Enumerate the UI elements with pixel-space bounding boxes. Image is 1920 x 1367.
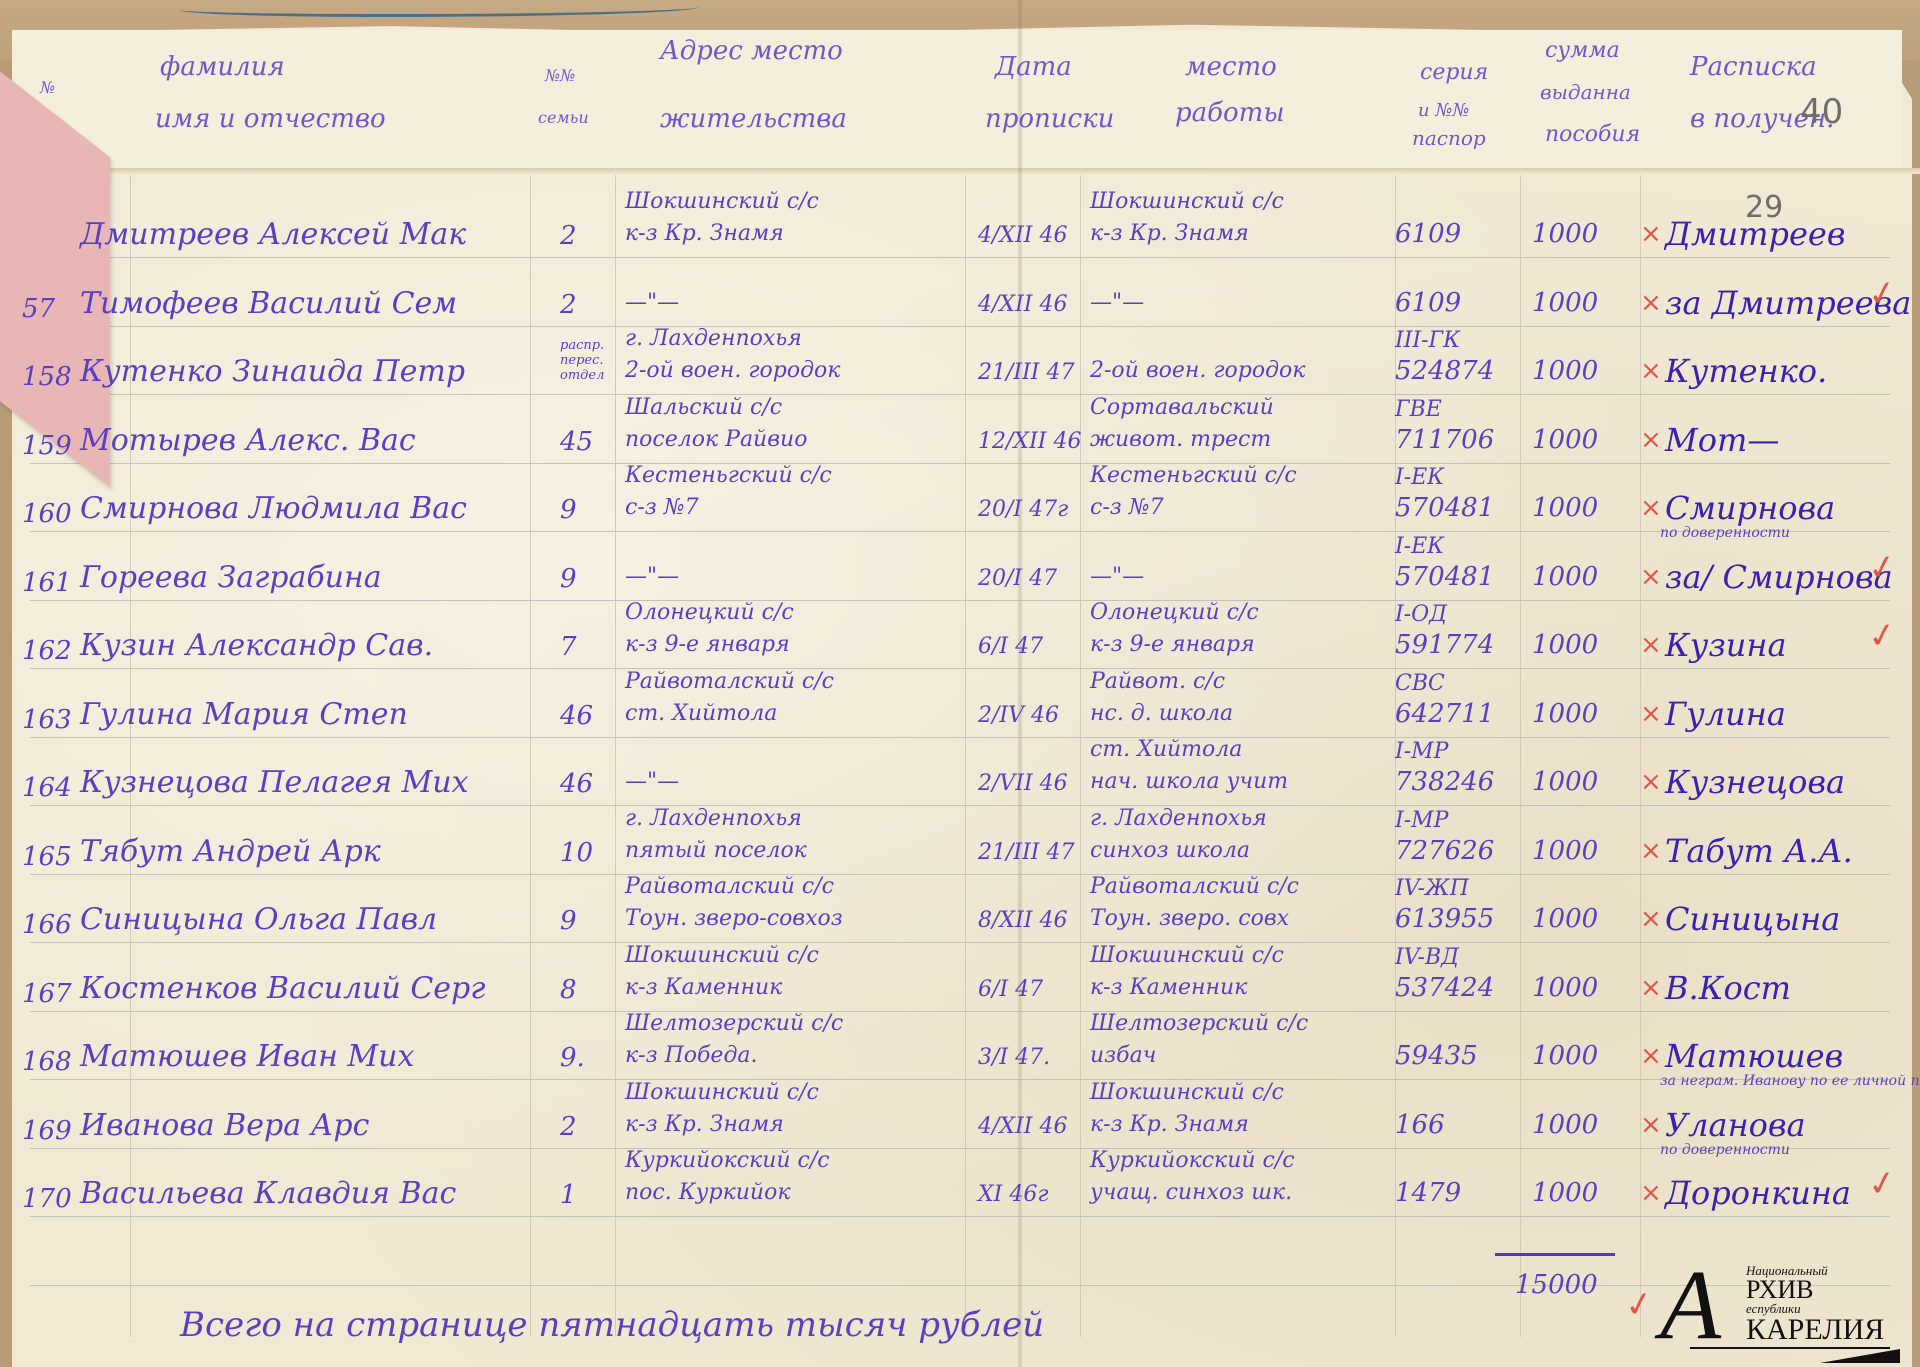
- ruled-line: [30, 463, 1890, 464]
- header-passport-l1: серия: [1420, 60, 1488, 85]
- workplace-line1: Шокшинский с/с: [1090, 1080, 1284, 1105]
- address-line2: к-з 9-е января: [625, 632, 790, 657]
- signature-note: за неграм. Иванову по ее личной просьбе: [1660, 1073, 1920, 1089]
- header-work-l1: место: [1185, 52, 1277, 82]
- red-x-mark: ×: [1640, 836, 1662, 866]
- red-x-mark: ×: [1640, 1178, 1662, 1208]
- header-sum-l1: сумма: [1545, 38, 1620, 63]
- family-members: 2: [560, 290, 577, 320]
- family-members: 8: [560, 975, 577, 1005]
- header-passport-l3: паспор: [1412, 126, 1486, 150]
- family-members: 9: [560, 906, 577, 936]
- passport-series: I-ОД: [1395, 602, 1447, 627]
- registration-date: 3/I 47.: [978, 1045, 1050, 1070]
- red-x-mark: ×: [1640, 562, 1662, 592]
- logo-line-karelia: КАРЕЛИЯ: [1746, 1313, 1884, 1347]
- person-name: Гореева Заграбина: [80, 560, 382, 595]
- receipt-signature: за/ Смирнова: [1665, 558, 1893, 596]
- ruled-line: [30, 874, 1890, 875]
- person-name: Матюшев Иван Мих: [80, 1039, 414, 1074]
- header-fold: [0, 168, 1920, 174]
- red-x-mark: ×: [1640, 699, 1662, 729]
- family-members: 9.: [560, 1043, 585, 1073]
- archive-logo: А Национальный РХИВ еспублики КАРЕЛИЯ: [1660, 1255, 1905, 1365]
- row-number: 168: [22, 1047, 72, 1077]
- passport-series: I-МР: [1395, 808, 1448, 833]
- row-number: 160: [22, 499, 72, 529]
- red-x-mark: ×: [1640, 356, 1662, 386]
- header-sum-l3: пособия: [1545, 122, 1640, 147]
- address-line2: поселок Райвио: [625, 427, 807, 452]
- passport-number: 166: [1395, 1110, 1445, 1140]
- header-number: №: [40, 78, 55, 97]
- ruled-line: [30, 668, 1890, 669]
- receipt-signature: Доронкина: [1665, 1174, 1851, 1212]
- row-number: 169: [22, 1116, 72, 1146]
- passport-number: 570481: [1395, 562, 1494, 592]
- workplace-line1: Шелтозерский с/с: [1090, 1011, 1308, 1036]
- address-line1: Кестеньгский с/с: [625, 463, 832, 488]
- workplace-line2: учащ. синхоз шк.: [1090, 1180, 1292, 1205]
- workplace-line2: нс. д. школа: [1090, 701, 1233, 726]
- workplace-line1: ст. Хийтола: [1090, 737, 1242, 762]
- sum-total: 15000: [1515, 1270, 1598, 1300]
- header-surname: фамилия: [160, 52, 285, 82]
- passport-number: 738246: [1395, 767, 1494, 797]
- allowance-sum: 1000: [1532, 425, 1598, 455]
- ruled-line: [30, 1079, 1890, 1080]
- address-line1: г. Лахденпохья: [625, 806, 802, 831]
- registration-date: 20/I 47г: [978, 497, 1068, 522]
- passport-series: IV-ЖП: [1395, 876, 1469, 901]
- person-name: Мотырев Алекс. Вас: [80, 423, 416, 458]
- receipt-signature: Кузина: [1665, 626, 1787, 664]
- workplace-line1: Кестеньгский с/с: [1090, 463, 1297, 488]
- address-line1: Олонецкий с/с: [625, 600, 794, 625]
- address-line2: к-з Кр. Знамя: [625, 221, 784, 246]
- family-members: 2: [560, 1112, 577, 1142]
- row-number: 163: [22, 705, 72, 735]
- row-number: 161: [22, 568, 72, 598]
- ruled-line: [30, 1216, 1890, 1217]
- person-name: Васильева Клавдия Вас: [80, 1176, 456, 1211]
- workplace-line2: нач. школа учит: [1090, 769, 1288, 794]
- passport-number: 6109: [1395, 288, 1461, 318]
- red-x-mark: ×: [1640, 973, 1662, 1003]
- passport-series: III-ГК: [1395, 328, 1460, 353]
- receipt-signature: В.Кост: [1665, 969, 1791, 1007]
- allowance-sum: 1000: [1532, 699, 1598, 729]
- red-x-mark: ×: [1640, 288, 1662, 318]
- passport-number: 591774: [1395, 630, 1494, 660]
- ruled-line: [30, 1285, 1890, 1286]
- person-name: Гулина Мария Степ: [80, 697, 408, 732]
- address-line1: Шокшинский с/с: [625, 943, 819, 968]
- row-number: 170: [22, 1184, 72, 1214]
- column-divider: [965, 175, 966, 1337]
- registration-date: 4/XII 46: [978, 1114, 1067, 1139]
- logo-rule: [1690, 1347, 1890, 1349]
- registration-date: 6/I 47: [978, 634, 1043, 659]
- passport-number: 1479: [1395, 1178, 1461, 1208]
- family-members: 9: [560, 564, 577, 594]
- allowance-sum: 1000: [1532, 973, 1598, 1003]
- registration-date: XI 46г: [978, 1182, 1048, 1207]
- allowance-sum: 1000: [1532, 1110, 1598, 1140]
- allowance-sum: 1000: [1532, 356, 1598, 386]
- address-line2: к-з Кр. Знамя: [625, 1112, 784, 1137]
- person-name: Костенков Василий Серг: [80, 971, 485, 1006]
- row-number: 167: [22, 979, 72, 1009]
- red-x-mark: ×: [1640, 767, 1662, 797]
- passport-number: 6109: [1395, 219, 1461, 249]
- registration-date: 21/III 47: [978, 360, 1074, 385]
- receipt-signature: Матюшев: [1665, 1037, 1843, 1075]
- passport-series: I-МР: [1395, 739, 1448, 764]
- person-name: Иванова Вера Арс: [80, 1108, 369, 1143]
- passport-number: 711706: [1395, 425, 1494, 455]
- passport-series: СВС: [1395, 671, 1445, 696]
- ruled-line: [30, 1011, 1890, 1012]
- header-passport-l2: и №№: [1418, 100, 1469, 121]
- header-family-l1: №№: [545, 66, 575, 85]
- allowance-sum: 1000: [1532, 288, 1598, 318]
- header-sum-l2: выданна: [1540, 80, 1631, 104]
- receipt-signature: Гулина: [1665, 695, 1786, 733]
- family-members: 1: [560, 1180, 577, 1210]
- workplace-line1: Олонецкий с/с: [1090, 600, 1259, 625]
- row-number: 166: [22, 910, 72, 940]
- ruled-line: [30, 737, 1890, 738]
- footer-total-text: Всего на странице пятнадцать тысяч рубле…: [180, 1305, 1044, 1345]
- row-number: 159: [22, 431, 72, 461]
- passport-series: ГВЕ: [1395, 397, 1442, 422]
- workplace-line2: 2-ой воен. городок: [1090, 358, 1305, 383]
- passport-number: 59435: [1395, 1041, 1478, 1071]
- red-x-mark: ×: [1640, 219, 1662, 249]
- allowance-sum: 1000: [1532, 562, 1598, 592]
- ruled-line: [30, 326, 1890, 327]
- allowance-sum: 1000: [1532, 904, 1598, 934]
- ruled-line: [30, 942, 1890, 943]
- logo-monogram: А: [1660, 1255, 1721, 1355]
- row-number: 162: [22, 636, 72, 666]
- person-name: Дмитреев Алексей Мак: [80, 217, 466, 252]
- address-line1: Шокшинский с/с: [625, 1080, 819, 1105]
- workplace-line2: —"—: [1090, 290, 1144, 315]
- address-line2: пятый поселок: [625, 838, 807, 863]
- workplace-line1: Райвоталский с/с: [1090, 874, 1299, 899]
- registration-date: 4/XII 46: [978, 223, 1067, 248]
- allowance-sum: 1000: [1532, 1041, 1598, 1071]
- row-number: 164: [22, 773, 72, 803]
- address-line2: —"—: [625, 769, 679, 794]
- workplace-line2: к-з Кр. Знамя: [1090, 1112, 1249, 1137]
- allowance-sum: 1000: [1532, 219, 1598, 249]
- registration-date: 21/III 47: [978, 840, 1074, 865]
- receipt-signature: Синицына: [1665, 900, 1840, 938]
- family-members: 46: [560, 701, 593, 731]
- allowance-sum: 1000: [1532, 767, 1598, 797]
- page-spine: [1017, 0, 1023, 1367]
- family-members: 2: [560, 221, 577, 251]
- passport-series: I-ЕК: [1395, 465, 1444, 490]
- address-line1: Шальский с/с: [625, 395, 782, 420]
- column-divider: [530, 175, 531, 1337]
- ruled-line: [30, 1148, 1890, 1149]
- header-date-l2: прописки: [985, 104, 1114, 134]
- column-divider: [130, 175, 131, 1337]
- passport-number: 524874: [1395, 356, 1494, 386]
- red-x-mark: ×: [1640, 1110, 1662, 1140]
- workplace-line2: к-з Каменник: [1090, 975, 1247, 1000]
- address-line1: Райвоталский с/с: [625, 669, 834, 694]
- allowance-sum: 1000: [1532, 630, 1598, 660]
- header-work-l2: работы: [1175, 98, 1285, 128]
- red-x-mark: ×: [1640, 904, 1662, 934]
- address-line2: Тоун. зверо-совхоз: [625, 906, 843, 931]
- registration-date: 12/XII 46: [978, 429, 1081, 454]
- workplace-line2: живот. трест: [1090, 427, 1271, 452]
- registration-date: 20/I 47: [978, 566, 1057, 591]
- ruled-line: [30, 531, 1890, 532]
- address-line2: с-з №7: [625, 495, 699, 520]
- workplace-line1: Сортавальский: [1090, 395, 1274, 420]
- header-receipt-l1: Расписка: [1690, 52, 1817, 82]
- workplace-line2: —"—: [1090, 564, 1144, 589]
- workplace-line1: Шокшинский с/с: [1090, 189, 1284, 214]
- workplace-line1: Куркийокский с/с: [1090, 1148, 1295, 1173]
- registration-date: 8/XII 46: [978, 908, 1067, 933]
- receipt-signature: Кузнецова: [1665, 763, 1845, 801]
- ruled-line: [30, 805, 1890, 806]
- address-line1: Шокшинский с/с: [625, 189, 819, 214]
- registration-date: 2/IV 46: [978, 703, 1059, 728]
- passport-number: 570481: [1395, 493, 1494, 523]
- archive-page-number: 40: [1800, 92, 1843, 132]
- person-name: Кутенко Зинаида Петр: [80, 354, 465, 389]
- family-members: 45: [560, 427, 593, 457]
- ruled-line: [30, 257, 1890, 258]
- workplace-line2: к-з Кр. Знамя: [1090, 221, 1249, 246]
- receipt-signature: Табут А.А.: [1665, 832, 1853, 870]
- receipt-signature: Мот—: [1665, 421, 1779, 459]
- person-name: Тябут Андрей Арк: [80, 834, 381, 869]
- total-underline: [1495, 1253, 1615, 1256]
- back-sheet-scribble: [180, 0, 700, 17]
- family-members: 9: [560, 495, 577, 525]
- signature-note: по доверенности: [1660, 525, 1790, 541]
- person-name: Тимофеев Василий Сем: [80, 286, 457, 321]
- header-date-l1: Дата: [995, 52, 1072, 82]
- row-number: 158: [22, 362, 72, 392]
- allowance-sum: 1000: [1532, 836, 1598, 866]
- family-members: 10: [560, 838, 593, 868]
- address-line1: Райвоталский с/с: [625, 874, 834, 899]
- header-family-l2: семьи: [538, 108, 589, 127]
- workplace-line1: г. Лахденпохья: [1090, 806, 1267, 831]
- address-line1: Шелтозерский с/с: [625, 1011, 843, 1036]
- workplace-line2: синхоз школа: [1090, 838, 1250, 863]
- workplace-line1: Шокшинский с/с: [1090, 943, 1284, 968]
- registration-date: 2/VII 46: [978, 771, 1068, 796]
- header-name-patronymic: имя и отчество: [155, 104, 386, 134]
- passport-series: IV-ВД: [1395, 945, 1459, 970]
- workplace-line2: с-з №7: [1090, 495, 1164, 520]
- row-number: 57: [22, 294, 55, 324]
- registration-date: 6/I 47: [978, 977, 1043, 1002]
- header-address-l1: Адрес место: [660, 36, 843, 66]
- header-address-l2: жительства: [660, 104, 847, 134]
- receipt-signature: Кутенко.: [1665, 352, 1827, 390]
- ruled-line: [30, 394, 1890, 395]
- address-line2: ст. Хийтола: [625, 701, 777, 726]
- address-line2: —"—: [625, 290, 679, 315]
- allowance-sum: 1000: [1532, 1178, 1598, 1208]
- address-line1: г. Лахденпохья: [625, 326, 802, 351]
- family-members: распр. перес. отдел: [560, 338, 620, 383]
- address-line2: пос. Куркийок: [625, 1180, 790, 1205]
- red-x-mark: ×: [1640, 493, 1662, 523]
- person-name: Синицына Ольга Павл: [80, 902, 437, 937]
- family-members: 7: [560, 632, 577, 662]
- passport-number: 727626: [1395, 836, 1494, 866]
- workplace-line1: Райвот. с/с: [1090, 669, 1225, 694]
- passport-series: I-ЕК: [1395, 534, 1444, 559]
- column-divider: [1640, 175, 1641, 1337]
- address-line2: к-з Победа.: [625, 1043, 758, 1068]
- address-line1: Куркийокский с/с: [625, 1148, 830, 1173]
- person-name: Кузин Александр Сав.: [80, 628, 433, 663]
- address-line2: —"—: [625, 564, 679, 589]
- family-members: 46: [560, 769, 593, 799]
- column-divider: [1080, 175, 1081, 1337]
- red-x-mark: ×: [1640, 1041, 1662, 1071]
- receipt-signature: Смирнова: [1665, 489, 1835, 527]
- receipt-signature: Уланова: [1665, 1106, 1806, 1144]
- red-x-mark: ×: [1640, 425, 1662, 455]
- signature-note: по доверенности: [1660, 1142, 1790, 1158]
- row-number: 165: [22, 842, 72, 872]
- person-name: Смирнова Людмила Вас: [80, 491, 467, 526]
- workplace-line2: избач: [1090, 1043, 1156, 1068]
- column-divider: [1520, 175, 1521, 1337]
- ruled-line: [30, 600, 1890, 601]
- registration-date: 4/XII 46: [978, 292, 1067, 317]
- red-x-mark: ×: [1640, 630, 1662, 660]
- address-line2: 2-ой воен. городок: [625, 358, 840, 383]
- address-line2: к-з Каменник: [625, 975, 782, 1000]
- receipt-signature: Дмитреев: [1665, 215, 1845, 253]
- allowance-sum: 1000: [1532, 493, 1598, 523]
- workplace-line2: к-з 9-е января: [1090, 632, 1255, 657]
- passport-number: 537424: [1395, 973, 1494, 1003]
- passport-number: 642711: [1395, 699, 1494, 729]
- person-name: Кузнецова Пелагея Мих: [80, 765, 469, 800]
- passport-number: 613955: [1395, 904, 1494, 934]
- workplace-line2: Тоун. зверо. совх: [1090, 906, 1289, 931]
- quill-icon: [1820, 1349, 1900, 1363]
